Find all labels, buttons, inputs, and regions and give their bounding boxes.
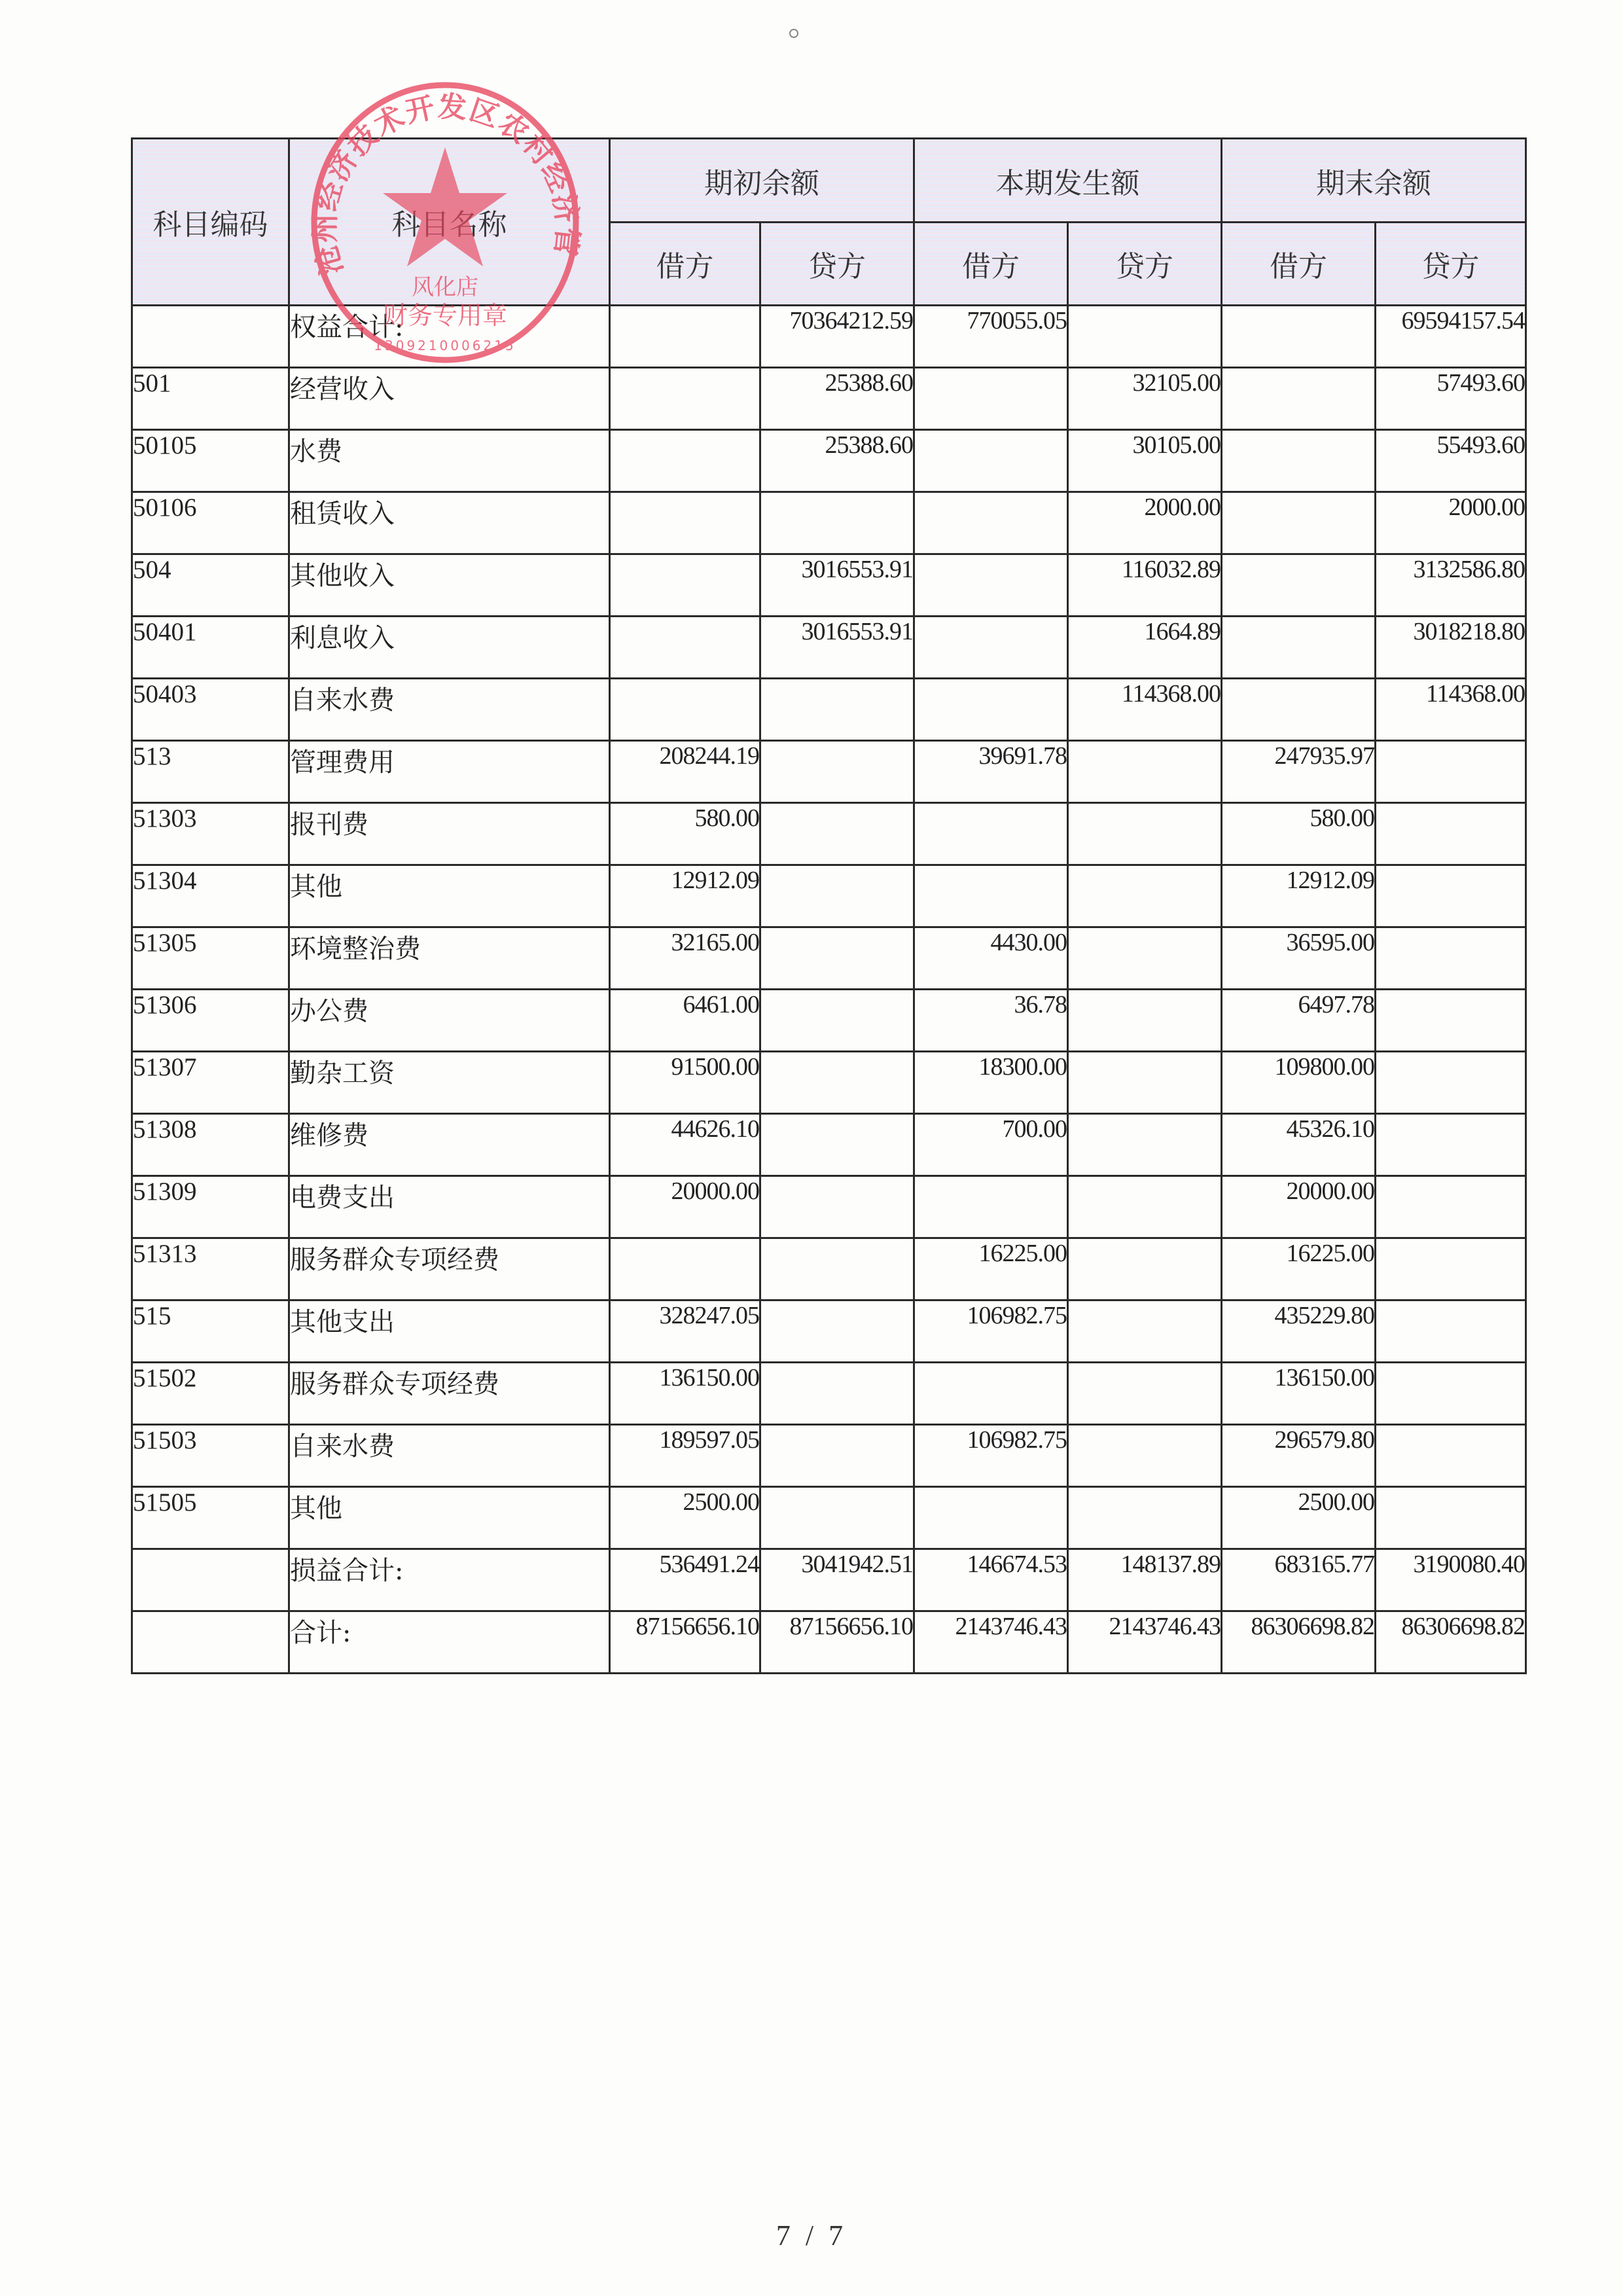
closing-credit-cell: [1376, 803, 1526, 865]
opening-debit-cell: 32165.00: [610, 927, 760, 990]
account-code: 51503: [132, 1425, 289, 1487]
table-row: 50105水费25388.6030105.0055493.60: [132, 430, 1526, 492]
opening-debit-cell: 20000.00: [610, 1176, 760, 1238]
opening-debit-cell: 6461.00: [610, 990, 760, 1052]
account-code: 501: [132, 368, 289, 430]
closing-credit-cell: 86306698.82: [1376, 1611, 1526, 1674]
header-period-debit: 借方: [914, 223, 1068, 306]
account-name: 其他: [289, 865, 610, 927]
period-credit-cell: [1068, 1363, 1222, 1425]
table-row: 51307勤杂工资91500.0018300.00109800.00: [132, 1052, 1526, 1114]
period-credit-cell: [1068, 306, 1222, 368]
header-account-name: 科目名称: [289, 139, 610, 306]
opening-credit-cell: [760, 1425, 914, 1487]
account-name: 合计:: [289, 1611, 610, 1674]
opening-debit-cell: 136150.00: [610, 1363, 760, 1425]
table-row: 51313服务群众专项经费16225.0016225.00: [132, 1238, 1526, 1300]
period-credit-cell: [1068, 1238, 1222, 1300]
period-debit-cell: 146674.53: [914, 1549, 1068, 1611]
opening-debit-cell: 2500.00: [610, 1487, 760, 1549]
period-debit-cell: 106982.75: [914, 1425, 1068, 1487]
closing-credit-cell: 2000.00: [1376, 492, 1526, 554]
table-row: 501经营收入25388.6032105.0057493.60: [132, 368, 1526, 430]
opening-debit-cell: 189597.05: [610, 1425, 760, 1487]
period-debit-cell: 106982.75: [914, 1300, 1068, 1363]
opening-debit-cell: [610, 1238, 760, 1300]
period-debit-cell: [914, 368, 1068, 430]
period-credit-cell: 114368.00: [1068, 679, 1222, 741]
table-row: 51505其他2500.002500.00: [132, 1487, 1526, 1549]
period-credit-cell: 116032.89: [1068, 554, 1222, 617]
closing-credit-cell: [1376, 1300, 1526, 1363]
trial-balance-table: 科目编码 科目名称 期初余额 本期发生额 期末余额 借方 贷方 借方 贷方 借方…: [131, 137, 1527, 1674]
account-code: 50403: [132, 679, 289, 741]
closing-debit-cell: 2500.00: [1222, 1487, 1376, 1549]
table-row: 504其他收入3016553.91116032.893132586.80: [132, 554, 1526, 617]
closing-debit-cell: [1222, 368, 1376, 430]
table-row: 合计:87156656.1087156656.102143746.4321437…: [132, 1611, 1526, 1674]
table-row: 51309电费支出20000.0020000.00: [132, 1176, 1526, 1238]
opening-debit-cell: 12912.09: [610, 865, 760, 927]
closing-debit-cell: 435229.80: [1222, 1300, 1376, 1363]
account-code: [132, 306, 289, 368]
period-debit-cell: [914, 1487, 1068, 1549]
opening-debit-cell: [610, 306, 760, 368]
opening-debit-cell: 580.00: [610, 803, 760, 865]
opening-debit-cell: [610, 679, 760, 741]
account-name: 自来水费: [289, 679, 610, 741]
header-account-code: 科目编码: [132, 139, 289, 306]
account-name: 环境整治费: [289, 927, 610, 990]
period-debit-cell: 4430.00: [914, 927, 1068, 990]
account-code: 515: [132, 1300, 289, 1363]
period-credit-cell: 148137.89: [1068, 1549, 1222, 1611]
account-name: 维修费: [289, 1114, 610, 1176]
period-credit-cell: 2000.00: [1068, 492, 1222, 554]
account-name: 服务群众专项经费: [289, 1363, 610, 1425]
closing-credit-cell: 55493.60: [1376, 430, 1526, 492]
opening-debit-cell: 91500.00: [610, 1052, 760, 1114]
account-name: 自来水费: [289, 1425, 610, 1487]
account-code: [132, 1549, 289, 1611]
header-period-credit: 贷方: [1068, 223, 1222, 306]
account-name: 其他收入: [289, 554, 610, 617]
closing-credit-cell: 114368.00: [1376, 679, 1526, 741]
closing-credit-cell: [1376, 927, 1526, 990]
period-credit-cell: 1664.89: [1068, 617, 1222, 679]
period-credit-cell: 32105.00: [1068, 368, 1222, 430]
opening-credit-cell: 25388.60: [760, 430, 914, 492]
closing-credit-cell: [1376, 1114, 1526, 1176]
closing-credit-cell: [1376, 1176, 1526, 1238]
closing-debit-cell: 683165.77: [1222, 1549, 1376, 1611]
closing-debit-cell: 36595.00: [1222, 927, 1376, 990]
period-credit-cell: [1068, 927, 1222, 990]
period-credit-cell: [1068, 1052, 1222, 1114]
opening-credit-cell: 3041942.51: [760, 1549, 914, 1611]
closing-credit-cell: 57493.60: [1376, 368, 1526, 430]
period-credit-cell: [1068, 865, 1222, 927]
closing-credit-cell: 69594157.54: [1376, 306, 1526, 368]
opening-debit-cell: [610, 617, 760, 679]
opening-credit-cell: [760, 865, 914, 927]
account-name: 服务群众专项经费: [289, 1238, 610, 1300]
period-credit-cell: [1068, 803, 1222, 865]
account-code: 51313: [132, 1238, 289, 1300]
account-name: 管理费用: [289, 741, 610, 803]
period-credit-cell: [1068, 1300, 1222, 1363]
opening-debit-cell: 44626.10: [610, 1114, 760, 1176]
closing-credit-cell: [1376, 1238, 1526, 1300]
account-code: 51307: [132, 1052, 289, 1114]
table-row: 50106租赁收入2000.002000.00: [132, 492, 1526, 554]
closing-debit-cell: 16225.00: [1222, 1238, 1376, 1300]
account-code: 50105: [132, 430, 289, 492]
opening-credit-cell: 25388.60: [760, 368, 914, 430]
header-opening-credit: 贷方: [760, 223, 914, 306]
opening-credit-cell: 3016553.91: [760, 617, 914, 679]
closing-credit-cell: [1376, 865, 1526, 927]
table-row: 51306办公费6461.0036.786497.78: [132, 990, 1526, 1052]
table-row: 51305环境整治费32165.004430.0036595.00: [132, 927, 1526, 990]
opening-debit-cell: [610, 368, 760, 430]
closing-debit-cell: [1222, 430, 1376, 492]
opening-credit-cell: [760, 803, 914, 865]
closing-credit-cell: [1376, 1425, 1526, 1487]
header-closing-credit: 贷方: [1376, 223, 1526, 306]
opening-credit-cell: [760, 679, 914, 741]
opening-credit-cell: [760, 1176, 914, 1238]
account-name: 办公费: [289, 990, 610, 1052]
account-code: 51309: [132, 1176, 289, 1238]
header-opening-balance: 期初余额: [610, 139, 914, 223]
account-code: [132, 1611, 289, 1674]
header-opening-debit: 借方: [610, 223, 760, 306]
closing-credit-cell: [1376, 990, 1526, 1052]
period-debit-cell: 770055.05: [914, 306, 1068, 368]
period-credit-cell: [1068, 1176, 1222, 1238]
account-name: 经营收入: [289, 368, 610, 430]
table-row: 50403自来水费114368.00114368.00: [132, 679, 1526, 741]
account-name: 权益合计:: [289, 306, 610, 368]
account-code: 51303: [132, 803, 289, 865]
period-credit-cell: [1068, 741, 1222, 803]
opening-debit-cell: [610, 430, 760, 492]
closing-credit-cell: 3132586.80: [1376, 554, 1526, 617]
closing-debit-cell: [1222, 492, 1376, 554]
closing-debit-cell: [1222, 679, 1376, 741]
opening-credit-cell: 87156656.10: [760, 1611, 914, 1674]
opening-debit-cell: 536491.24: [610, 1549, 760, 1611]
opening-debit-cell: [610, 492, 760, 554]
scan-mark: [789, 29, 798, 38]
period-debit-cell: [914, 679, 1068, 741]
period-debit-cell: [914, 617, 1068, 679]
period-debit-cell: [914, 430, 1068, 492]
opening-credit-cell: [760, 1238, 914, 1300]
account-code: 51308: [132, 1114, 289, 1176]
header-closing-balance: 期末余额: [1222, 139, 1526, 223]
table-row: 513管理费用208244.1939691.78247935.97: [132, 741, 1526, 803]
period-debit-cell: 700.00: [914, 1114, 1068, 1176]
table-row: 损益合计:536491.243041942.51146674.53148137.…: [132, 1549, 1526, 1611]
closing-debit-cell: 12912.09: [1222, 865, 1376, 927]
table-body: 权益合计:70364212.59770055.0569594157.54501经…: [132, 306, 1526, 1674]
account-code: 51304: [132, 865, 289, 927]
period-debit-cell: 16225.00: [914, 1238, 1068, 1300]
opening-credit-cell: [760, 1487, 914, 1549]
opening-credit-cell: [760, 741, 914, 803]
opening-debit-cell: [610, 554, 760, 617]
account-code: 513: [132, 741, 289, 803]
table-row: 50401利息收入3016553.911664.893018218.80: [132, 617, 1526, 679]
closing-debit-cell: 296579.80: [1222, 1425, 1376, 1487]
opening-credit-cell: [760, 1300, 914, 1363]
period-credit-cell: [1068, 990, 1222, 1052]
period-debit-cell: [914, 865, 1068, 927]
period-credit-cell: 2143746.43: [1068, 1611, 1222, 1674]
closing-debit-cell: 20000.00: [1222, 1176, 1376, 1238]
closing-debit-cell: 109800.00: [1222, 1052, 1376, 1114]
period-debit-cell: 39691.78: [914, 741, 1068, 803]
period-debit-cell: [914, 803, 1068, 865]
table-row: 51503自来水费189597.05106982.75296579.80: [132, 1425, 1526, 1487]
account-name: 利息收入: [289, 617, 610, 679]
period-debit-cell: 18300.00: [914, 1052, 1068, 1114]
period-debit-cell: 36.78: [914, 990, 1068, 1052]
period-credit-cell: [1068, 1487, 1222, 1549]
account-name: 水费: [289, 430, 610, 492]
account-name: 报刊费: [289, 803, 610, 865]
account-code: 51502: [132, 1363, 289, 1425]
closing-debit-cell: 136150.00: [1222, 1363, 1376, 1425]
period-debit-cell: [914, 492, 1068, 554]
closing-credit-cell: [1376, 1363, 1526, 1425]
account-code: 51505: [132, 1487, 289, 1549]
closing-credit-cell: [1376, 1487, 1526, 1549]
table-row: 权益合计:70364212.59770055.0569594157.54: [132, 306, 1526, 368]
opening-credit-cell: 3016553.91: [760, 554, 914, 617]
account-code: 50106: [132, 492, 289, 554]
opening-credit-cell: [760, 927, 914, 990]
account-name: 其他支出: [289, 1300, 610, 1363]
account-code: 504: [132, 554, 289, 617]
period-debit-cell: [914, 1176, 1068, 1238]
period-credit-cell: 30105.00: [1068, 430, 1222, 492]
closing-credit-cell: 3190080.40: [1376, 1549, 1526, 1611]
table-row: 51308维修费44626.10700.0045326.10: [132, 1114, 1526, 1176]
period-debit-cell: [914, 1363, 1068, 1425]
period-debit-cell: [914, 554, 1068, 617]
account-code: 51305: [132, 927, 289, 990]
header-period-activity: 本期发生额: [914, 139, 1222, 223]
closing-debit-cell: 247935.97: [1222, 741, 1376, 803]
opening-credit-cell: [760, 990, 914, 1052]
closing-credit-cell: [1376, 741, 1526, 803]
table-row: 515其他支出328247.05106982.75435229.80: [132, 1300, 1526, 1363]
opening-credit-cell: [760, 1114, 914, 1176]
opening-credit-cell: 70364212.59: [760, 306, 914, 368]
closing-debit-cell: [1222, 306, 1376, 368]
account-code: 50401: [132, 617, 289, 679]
account-name: 勤杂工资: [289, 1052, 610, 1114]
closing-credit-cell: 3018218.80: [1376, 617, 1526, 679]
account-name: 电费支出: [289, 1176, 610, 1238]
account-name: 其他: [289, 1487, 610, 1549]
closing-debit-cell: 580.00: [1222, 803, 1376, 865]
account-name: 损益合计:: [289, 1549, 610, 1611]
closing-debit-cell: 45326.10: [1222, 1114, 1376, 1176]
opening-debit-cell: 328247.05: [610, 1300, 760, 1363]
opening-credit-cell: [760, 1052, 914, 1114]
closing-debit-cell: [1222, 617, 1376, 679]
period-credit-cell: [1068, 1114, 1222, 1176]
account-name: 租赁收入: [289, 492, 610, 554]
closing-debit-cell: 6497.78: [1222, 990, 1376, 1052]
table-row: 51304其他12912.0912912.09: [132, 865, 1526, 927]
opening-credit-cell: [760, 492, 914, 554]
page-number: 7 / 7: [0, 2219, 1623, 2252]
closing-credit-cell: [1376, 1052, 1526, 1114]
account-code: 51306: [132, 990, 289, 1052]
closing-debit-cell: 86306698.82: [1222, 1611, 1376, 1674]
period-debit-cell: 2143746.43: [914, 1611, 1068, 1674]
closing-debit-cell: [1222, 554, 1376, 617]
opening-credit-cell: [760, 1363, 914, 1425]
opening-debit-cell: 87156656.10: [610, 1611, 760, 1674]
header-closing-debit: 借方: [1222, 223, 1376, 306]
table-row: 51502服务群众专项经费136150.00136150.00: [132, 1363, 1526, 1425]
period-credit-cell: [1068, 1425, 1222, 1487]
opening-debit-cell: 208244.19: [610, 741, 760, 803]
table-row: 51303报刊费580.00580.00: [132, 803, 1526, 865]
